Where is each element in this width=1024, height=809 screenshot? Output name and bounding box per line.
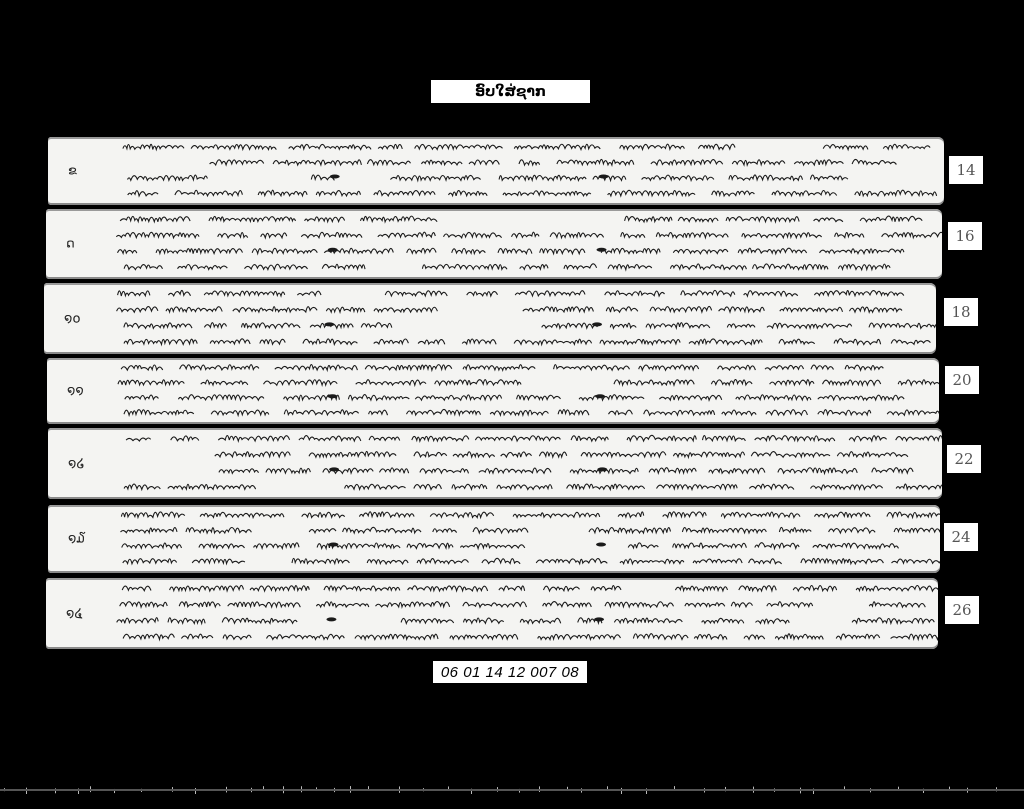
palm-leaf-6: ໑໓ [48, 505, 940, 573]
page-number-tag: 24 [944, 523, 978, 551]
handwritten-text-icon [48, 137, 944, 205]
scan-edge-ticks [0, 779, 1024, 789]
page-number-tag: 20 [945, 366, 979, 394]
reference-code-label: 06 01 14 12 007 08 [433, 661, 587, 683]
handwritten-text-icon [48, 428, 942, 499]
page-number-tag: 16 [948, 222, 982, 250]
handwritten-text-icon [48, 505, 940, 573]
page-number-tag: 18 [944, 298, 978, 326]
handwritten-text-icon [44, 283, 936, 354]
handwritten-text-icon [46, 578, 938, 649]
page-number-tag: 22 [947, 445, 981, 473]
palm-leaf-7: ໑໔ [46, 578, 938, 649]
scan-edge-line [0, 789, 1024, 791]
page-number-tag: 14 [949, 156, 983, 184]
page-number-tag: 26 [945, 596, 979, 624]
palm-leaf-2: ດ [46, 209, 942, 279]
palm-leaf-4: ໑໑ [47, 358, 939, 424]
palm-leaf-3: ໑໐ [44, 283, 936, 354]
palm-leaf-5: ໑໒ [48, 428, 942, 499]
palm-leaf-1: ຂ [48, 137, 944, 205]
handwritten-text-icon [46, 209, 942, 279]
manuscript-title-label: ອົບໃສ່ຊາກ [431, 80, 590, 103]
handwritten-text-icon [47, 358, 939, 424]
